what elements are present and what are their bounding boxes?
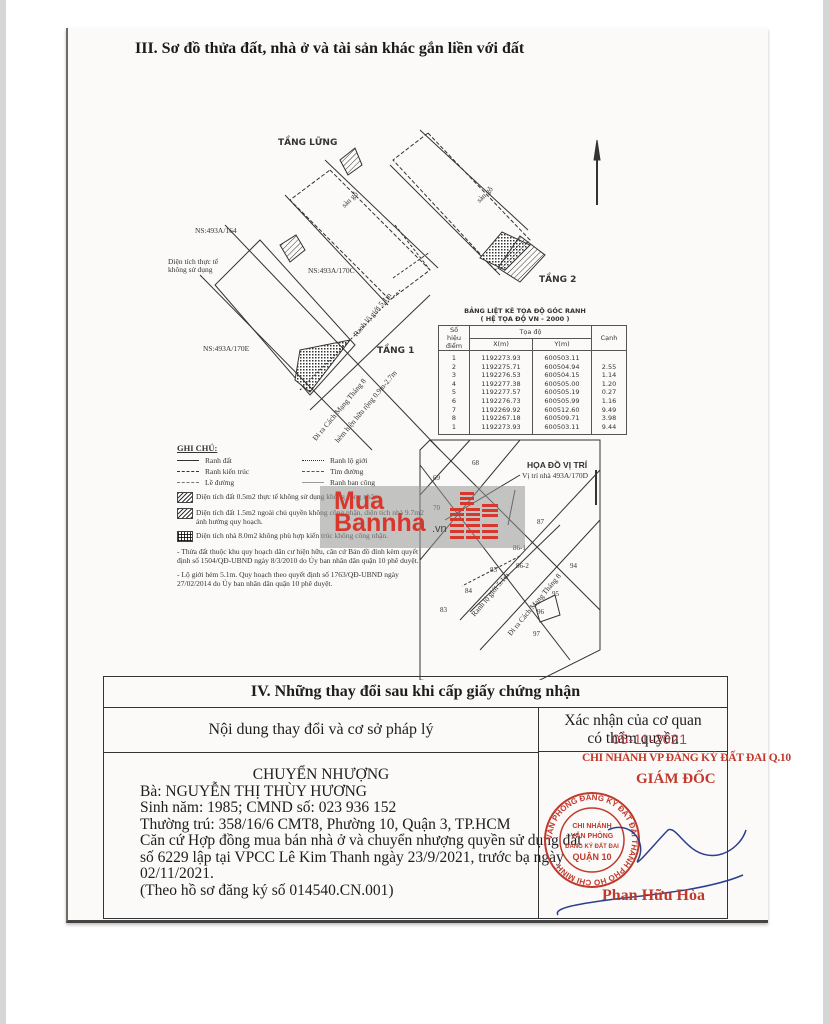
coord-table-heading: BẢNG LIỆT KÊ TỌA ĐỘ GÓC RANH xyxy=(450,307,600,315)
label-floor1: TẦNG 1 xyxy=(377,346,414,356)
coord-table-title: BẢNG LIỆT KÊ TỌA ĐỘ GÓC RANH ( HỆ TỌA ĐỘ… xyxy=(450,307,600,323)
signer-name: Phan Hữu Hòa xyxy=(602,887,705,905)
viewer-frame-left xyxy=(0,0,6,1024)
svg-text:96: 96 xyxy=(537,608,545,616)
watermark-line2: Bannha xyxy=(334,512,426,534)
svg-text:69: 69 xyxy=(433,474,441,482)
legend-line-types: Ranh đất Ranh lộ giới Ranh kiến trúc Tim… xyxy=(177,456,427,487)
location-pointer-label: Vị trí nhà 493A/170D xyxy=(522,471,588,480)
content-line: Bà: NGUYỄN THỊ THÙY HƯƠNG xyxy=(140,784,538,801)
table-row: 123456781 1192273.931192275.711192276.53… xyxy=(439,351,627,435)
legend-label: Ranh đất xyxy=(205,456,232,465)
legend-item: Ranh đất xyxy=(177,456,302,465)
section4-title: IV. Những thay đổi sau khi cấp giấy chứn… xyxy=(104,677,727,708)
label-floor2: TẦNG 2 xyxy=(539,275,576,285)
neighbor-label: NS:493A/170C xyxy=(308,266,355,275)
svg-text:97: 97 xyxy=(533,630,541,638)
content-line: Sinh năm: 1985; CMND số: 023 936 152 xyxy=(140,800,538,817)
x-cells: 1192273.931192275.711192276.531192277.38… xyxy=(470,351,533,435)
hatch-swatch-icon xyxy=(177,492,193,503)
content-line: Căn cứ Hợp đồng mua bán nhà ở và chuyển … xyxy=(140,833,538,850)
label-mezzanine: TẦNG LỮNG xyxy=(278,138,337,148)
svg-text:85: 85 xyxy=(490,566,498,574)
change-content: CHUYỂN NHƯỢNG Bà: NGUYỄN THỊ THÙY HƯƠNG … xyxy=(104,753,538,899)
legend-note: - Lộ giới hẻm 5.1m. Quy hoạch theo quyết… xyxy=(177,571,427,588)
svg-text:95: 95 xyxy=(552,590,560,598)
point-cells: 123456781 xyxy=(439,351,470,435)
legend-item: Lề đường xyxy=(177,478,302,487)
legend-label: Tim đường xyxy=(330,467,363,476)
col-x: X(m) xyxy=(470,338,533,351)
neighbor-label: NS:493A/170E xyxy=(203,344,249,353)
coordinate-table: Số hiệu điểm Tọa độ Cạnh X(m) Y(m) 12345… xyxy=(438,325,627,435)
edge-cells: 2.551.141.200.271.169.493.989.44 xyxy=(592,351,627,435)
svg-text:68: 68 xyxy=(472,459,480,467)
confirmation-header-line1: Xác nhận của cơ quan xyxy=(539,712,727,730)
legend-label: Ranh kiến trúc xyxy=(205,467,249,476)
legend-note: - Thửa đất thuộc khu quy hoạch dân cư hi… xyxy=(177,548,427,565)
changes-header: Nội dung thay đổi và cơ sở pháp lý xyxy=(104,708,538,753)
col-point: Số hiệu điểm xyxy=(439,326,470,351)
y-cells: 600503.11600504.94600504.15600505.006005… xyxy=(533,351,592,435)
stamp-role: GIÁM ĐỐC xyxy=(636,771,716,788)
col-coords: Tọa độ xyxy=(470,326,592,339)
viewer-frame-right xyxy=(823,0,829,1024)
content-line: (Theo hồ sơ đăng ký số 014540.CN.001) xyxy=(140,883,538,900)
legend-label: Ranh lộ giới xyxy=(330,456,367,465)
watermark-text: Mua Bannha xyxy=(334,490,426,534)
neighbor-label: NS:493A/164 xyxy=(195,226,237,235)
unused-area-note: Diện tích thực tế không sử dụng xyxy=(168,258,228,274)
content-line: 02/11/2021. xyxy=(140,866,538,883)
legend-item: Ranh lộ giới xyxy=(302,456,427,465)
svg-text:94: 94 xyxy=(570,562,578,570)
watermark-suffix: .vn xyxy=(432,523,447,535)
col-y: Y(m) xyxy=(533,338,592,351)
coord-table-subheading: ( HỆ TỌA ĐỘ VN - 2000 ) xyxy=(450,315,600,323)
content-line: số 6229 lập tại VPCC Lê Kim Thanh ngày 2… xyxy=(140,850,538,867)
svg-text:87: 87 xyxy=(537,518,545,526)
location-map-title: HỌA ĐỒ VỊ TRÍ xyxy=(527,460,587,470)
legend-label: Lề đường xyxy=(205,478,234,487)
legend-heading: GHI CHÚ: xyxy=(177,443,427,453)
changes-column: Nội dung thay đổi và cơ sở pháp lý CHUYỂ… xyxy=(104,708,539,918)
col-edge: Cạnh xyxy=(592,326,627,351)
change-type: CHUYỂN NHƯỢNG xyxy=(140,767,538,784)
hatch-swatch-icon xyxy=(177,508,193,519)
svg-text:86-2: 86-2 xyxy=(516,562,529,570)
grid-swatch-icon xyxy=(177,531,193,542)
legend-item: Ranh kiến trúc xyxy=(177,467,302,476)
content-line: Thường trú: 358/16/6 CMT8, Phường 10, Qu… xyxy=(140,817,538,834)
stamp-organization: CHI NHÁNH VP ĐĂNG KÝ ĐẤT ĐAI Q.10 xyxy=(582,752,791,764)
section3-title: III. Sơ đồ thửa đất, nhà ở và tài sản kh… xyxy=(135,40,524,58)
svg-text:84: 84 xyxy=(465,587,473,595)
svg-text:83: 83 xyxy=(440,606,448,614)
legend-item: Tim đường xyxy=(302,467,427,476)
date-stamp: 05-11-2021 xyxy=(612,731,688,747)
watermark-logo-icon xyxy=(446,490,506,544)
